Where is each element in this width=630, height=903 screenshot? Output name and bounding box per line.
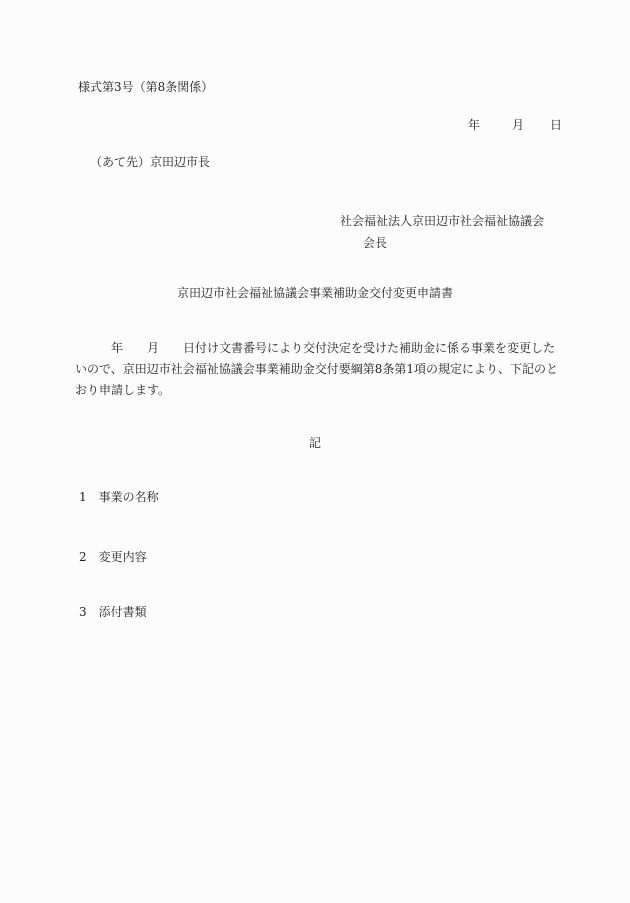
date-year-label: 年 [468, 118, 480, 133]
body-line: おり申請します。 [75, 380, 561, 401]
list-item: 3 添付書類 [79, 605, 147, 620]
date-line: 年 月 日 [468, 118, 562, 133]
item-number: 1 [79, 490, 87, 505]
organization-name: 社会福祉法人京田辺市社会福祉協議会 [340, 214, 544, 229]
date-day-label: 日 [550, 118, 562, 133]
list-item: 1 事業の名称 [79, 490, 159, 505]
document-title: 京田辺市社会福祉協議会事業補助金交付変更申請書 [0, 286, 630, 301]
organization-representative: 会長 [363, 236, 387, 251]
form-number-label: 様式第3号（第8条関係） [78, 80, 213, 95]
item-number: 3 [79, 605, 87, 620]
body-line: 年 月 日付け文書番号により交付決定を受けた補助金に係る事業を変更した [75, 338, 561, 359]
item-label: 変更内容 [99, 550, 147, 565]
date-month-label: 月 [512, 118, 524, 133]
body-line: いので、京田辺市社会福祉協議会事業補助金交付要綱第8条第1項の規定により、下記の… [75, 359, 561, 380]
record-marker: 記 [0, 436, 630, 451]
item-label: 事業の名称 [99, 490, 159, 505]
item-number: 2 [79, 550, 87, 565]
body-paragraph: 年 月 日付け文書番号により交付決定を受けた補助金に係る事業を変更した いので、… [75, 338, 561, 401]
item-label: 添付書類 [99, 605, 147, 620]
addressee-label: （あて先）京田辺市長 [90, 155, 210, 170]
list-item: 2 変更内容 [79, 550, 147, 565]
document-page: 様式第3号（第8条関係） 年 月 日 （あて先）京田辺市長 社会福祉法人京田辺市… [0, 0, 630, 903]
